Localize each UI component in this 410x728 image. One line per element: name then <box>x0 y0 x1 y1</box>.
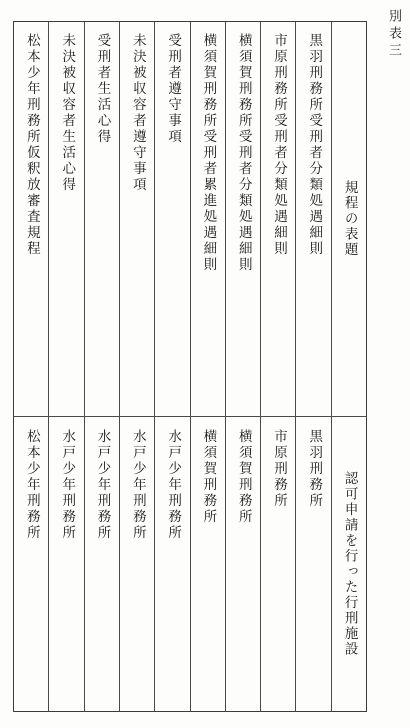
regulation-title-cell: 受刑者遵守事項 <box>155 22 189 417</box>
institution-name: 市原刑務所 <box>272 429 286 509</box>
table-row: 松本少年刑務所仮釈放審査規程 松本少年刑務所 <box>14 22 48 711</box>
institution-cell: 水戸少年刑務所 <box>120 417 154 711</box>
table-row: 横須賀刑務所受刑者分類処遇細則 横須賀刑務所 <box>225 22 260 711</box>
institution-cell: 横須賀刑務所 <box>191 417 225 711</box>
regulation-title-cell: 市原刑務所受刑者分類処遇細則 <box>261 22 295 417</box>
regulation-title-cell: 未決被収容者遵守事項 <box>120 22 154 417</box>
table-row: 未決被収容者遵守事項 水戸少年刑務所 <box>119 22 154 711</box>
regulation-title: 横須賀刑務所受刑者累進処遇細則 <box>201 33 215 273</box>
header-applying-institution-label: 認可申請を行った行刑施設 <box>342 471 356 657</box>
regulations-table: 規程の表題 認可申請を行った行刑施設 黒羽刑務所受刑者分類処遇細則 黒羽刑務所 … <box>13 21 367 712</box>
table-header-column: 規程の表題 認可申請を行った行刑施設 <box>331 22 366 711</box>
regulation-title: 受刑者遵守事項 <box>166 33 180 145</box>
institution-name: 水戸少年刑務所 <box>60 429 74 541</box>
header-regulation-title-label: 規程の表題 <box>342 180 356 258</box>
institution-name: 水戸少年刑務所 <box>95 429 109 541</box>
table-row: 受刑者遵守事項 水戸少年刑務所 <box>154 22 189 711</box>
table-row: 横須賀刑務所受刑者累進処遇細則 横須賀刑務所 <box>190 22 225 711</box>
regulation-title: 黒羽刑務所受刑者分類処遇細則 <box>307 33 321 257</box>
regulation-title: 横須賀刑務所受刑者分類処遇細則 <box>236 33 250 273</box>
regulation-title-cell: 受刑者生活心得 <box>85 22 119 417</box>
table-row: 未決被収容者生活心得 水戸少年刑務所 <box>48 22 83 711</box>
scanned-document-page: 別表三 規程の表題 認可申請を行った行刑施設 黒羽刑務所受刑者分類処遇細則 黒羽… <box>0 0 410 728</box>
institution-cell: 水戸少年刑務所 <box>49 417 83 711</box>
regulation-title-cell: 黒羽刑務所受刑者分類処遇細則 <box>296 22 330 417</box>
regulation-title: 松本少年刑務所仮釈放審査規程 <box>24 33 38 257</box>
table-row: 黒羽刑務所受刑者分類処遇細則 黒羽刑務所 <box>295 22 330 711</box>
institution-cell: 水戸少年刑務所 <box>85 417 119 711</box>
regulation-title: 市原刑務所受刑者分類処遇細則 <box>272 33 286 257</box>
regulation-title: 受刑者生活心得 <box>95 33 109 145</box>
regulation-title-cell: 横須賀刑務所受刑者分類処遇細則 <box>226 22 260 417</box>
regulation-title: 未決被収容者遵守事項 <box>130 33 144 193</box>
institution-name: 黒羽刑務所 <box>307 429 321 509</box>
header-cell-regulation-title: 規程の表題 <box>332 22 366 417</box>
institution-name: 水戸少年刑務所 <box>166 429 180 541</box>
institution-name: 松本少年刑務所 <box>24 429 38 541</box>
table-row: 市原刑務所受刑者分類処遇細則 市原刑務所 <box>260 22 295 711</box>
regulation-title: 未決被収容者生活心得 <box>60 33 74 193</box>
table-row: 受刑者生活心得 水戸少年刑務所 <box>84 22 119 711</box>
institution-cell: 黒羽刑務所 <box>296 417 330 711</box>
appendix-table-label: 別表三 <box>384 9 403 60</box>
institution-name: 水戸少年刑務所 <box>130 429 144 541</box>
institution-cell: 松本少年刑務所 <box>14 417 48 711</box>
institution-cell: 市原刑務所 <box>261 417 295 711</box>
regulation-title-cell: 横須賀刑務所受刑者累進処遇細則 <box>191 22 225 417</box>
institution-name: 横須賀刑務所 <box>201 429 215 525</box>
regulation-title-cell: 松本少年刑務所仮釈放審査規程 <box>14 22 48 417</box>
regulation-title-cell: 未決被収容者生活心得 <box>49 22 83 417</box>
institution-cell: 横須賀刑務所 <box>226 417 260 711</box>
institution-name: 横須賀刑務所 <box>236 429 250 525</box>
header-cell-applying-institution: 認可申請を行った行刑施設 <box>332 417 366 711</box>
institution-cell: 水戸少年刑務所 <box>155 417 189 711</box>
